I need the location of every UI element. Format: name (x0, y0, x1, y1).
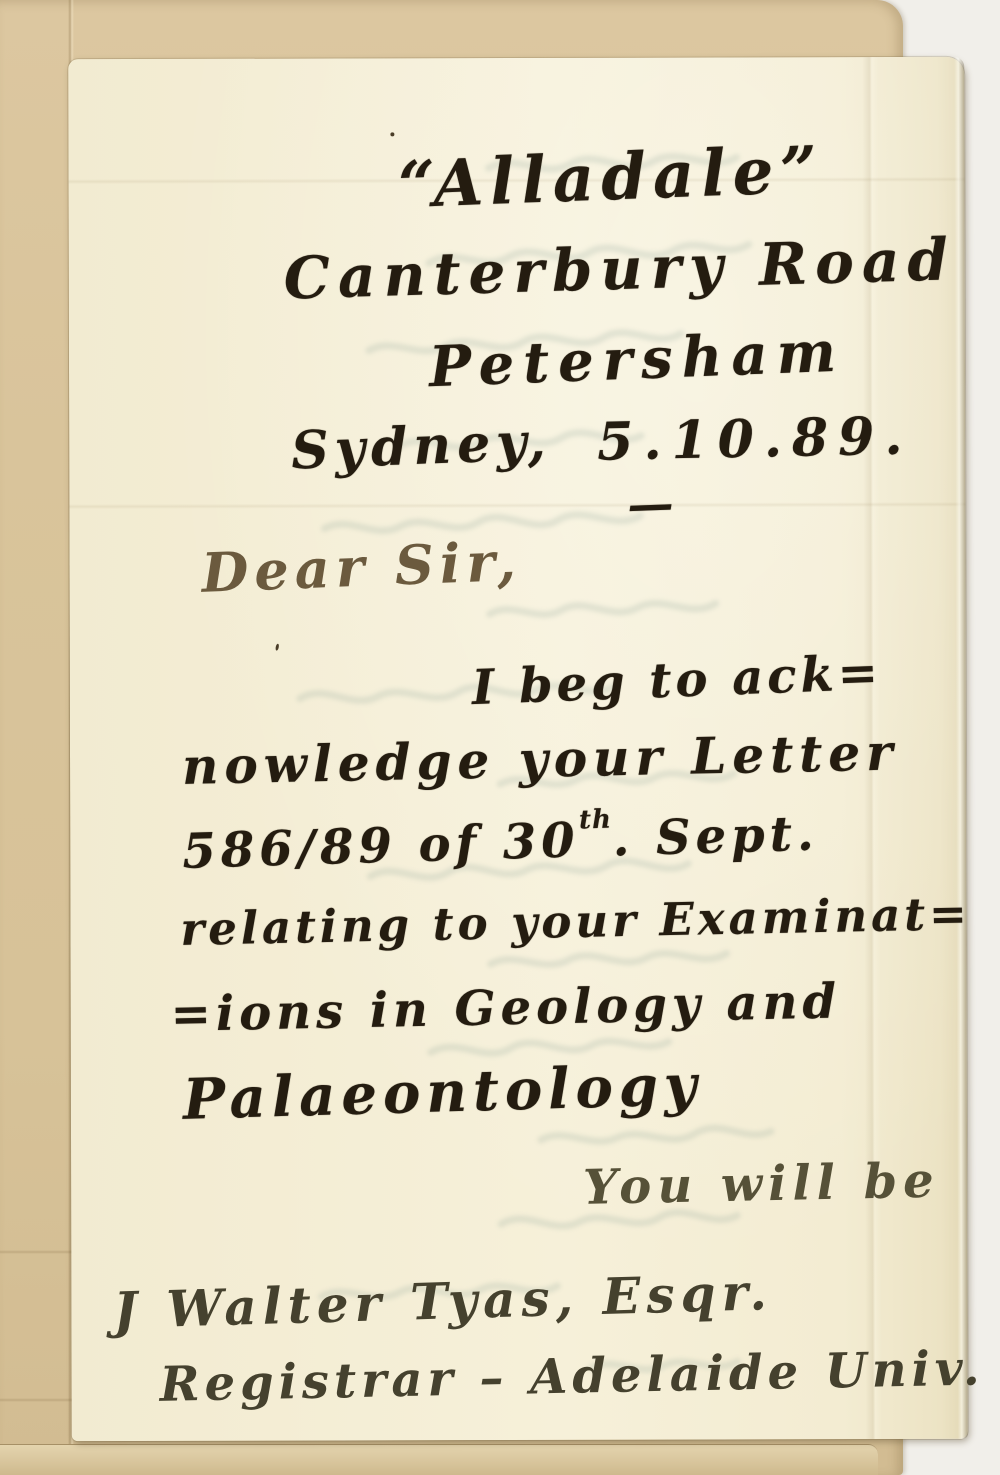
scanned-letter-page: “Alladale” Canterbury Road Petersham Syd… (0, 0, 1000, 1475)
header-city: Sydney, (290, 411, 552, 482)
ordinal-superscript: th (579, 805, 613, 836)
ink-speck (390, 132, 394, 136)
salutation: Dear Sir, (200, 529, 522, 605)
header-date: 5.10.89. (597, 405, 913, 472)
header-suburb: Petersham (428, 319, 846, 401)
body-line-2: nowledge your Letter (181, 723, 899, 796)
body-line-3-tail: . Sept. (612, 806, 820, 868)
body-line-3: 586/89 of 30th. Sept. (181, 799, 819, 880)
addressee-name: J Walter Tyas, Esqr. (113, 1262, 774, 1340)
body-line-4: relating to your Examinat= (180, 887, 971, 956)
body-line-6: Palaeontology (182, 1052, 703, 1133)
letter-sheet: “Alladale” Canterbury Road Petersham Syd… (68, 57, 968, 1441)
header-separator-dash: — (626, 476, 674, 532)
fold-crease-horizontal (69, 502, 965, 509)
header-street: Canterbury Road (283, 225, 957, 312)
ink-speck (275, 643, 279, 650)
body-line-1: I beg to ack= (471, 645, 883, 716)
backing-fold-edge (0, 1444, 878, 1475)
page-edge (954, 57, 968, 1439)
body-closing-fragment: You will be (583, 1153, 941, 1216)
header-house-name: “Alladale” (397, 132, 825, 223)
body-line-5: =ions in Geology and (170, 973, 841, 1042)
body-line-3-text: 586/89 of 30 (182, 812, 581, 879)
addressee-title: Registrar – Adelaide Univ. (159, 1340, 985, 1413)
